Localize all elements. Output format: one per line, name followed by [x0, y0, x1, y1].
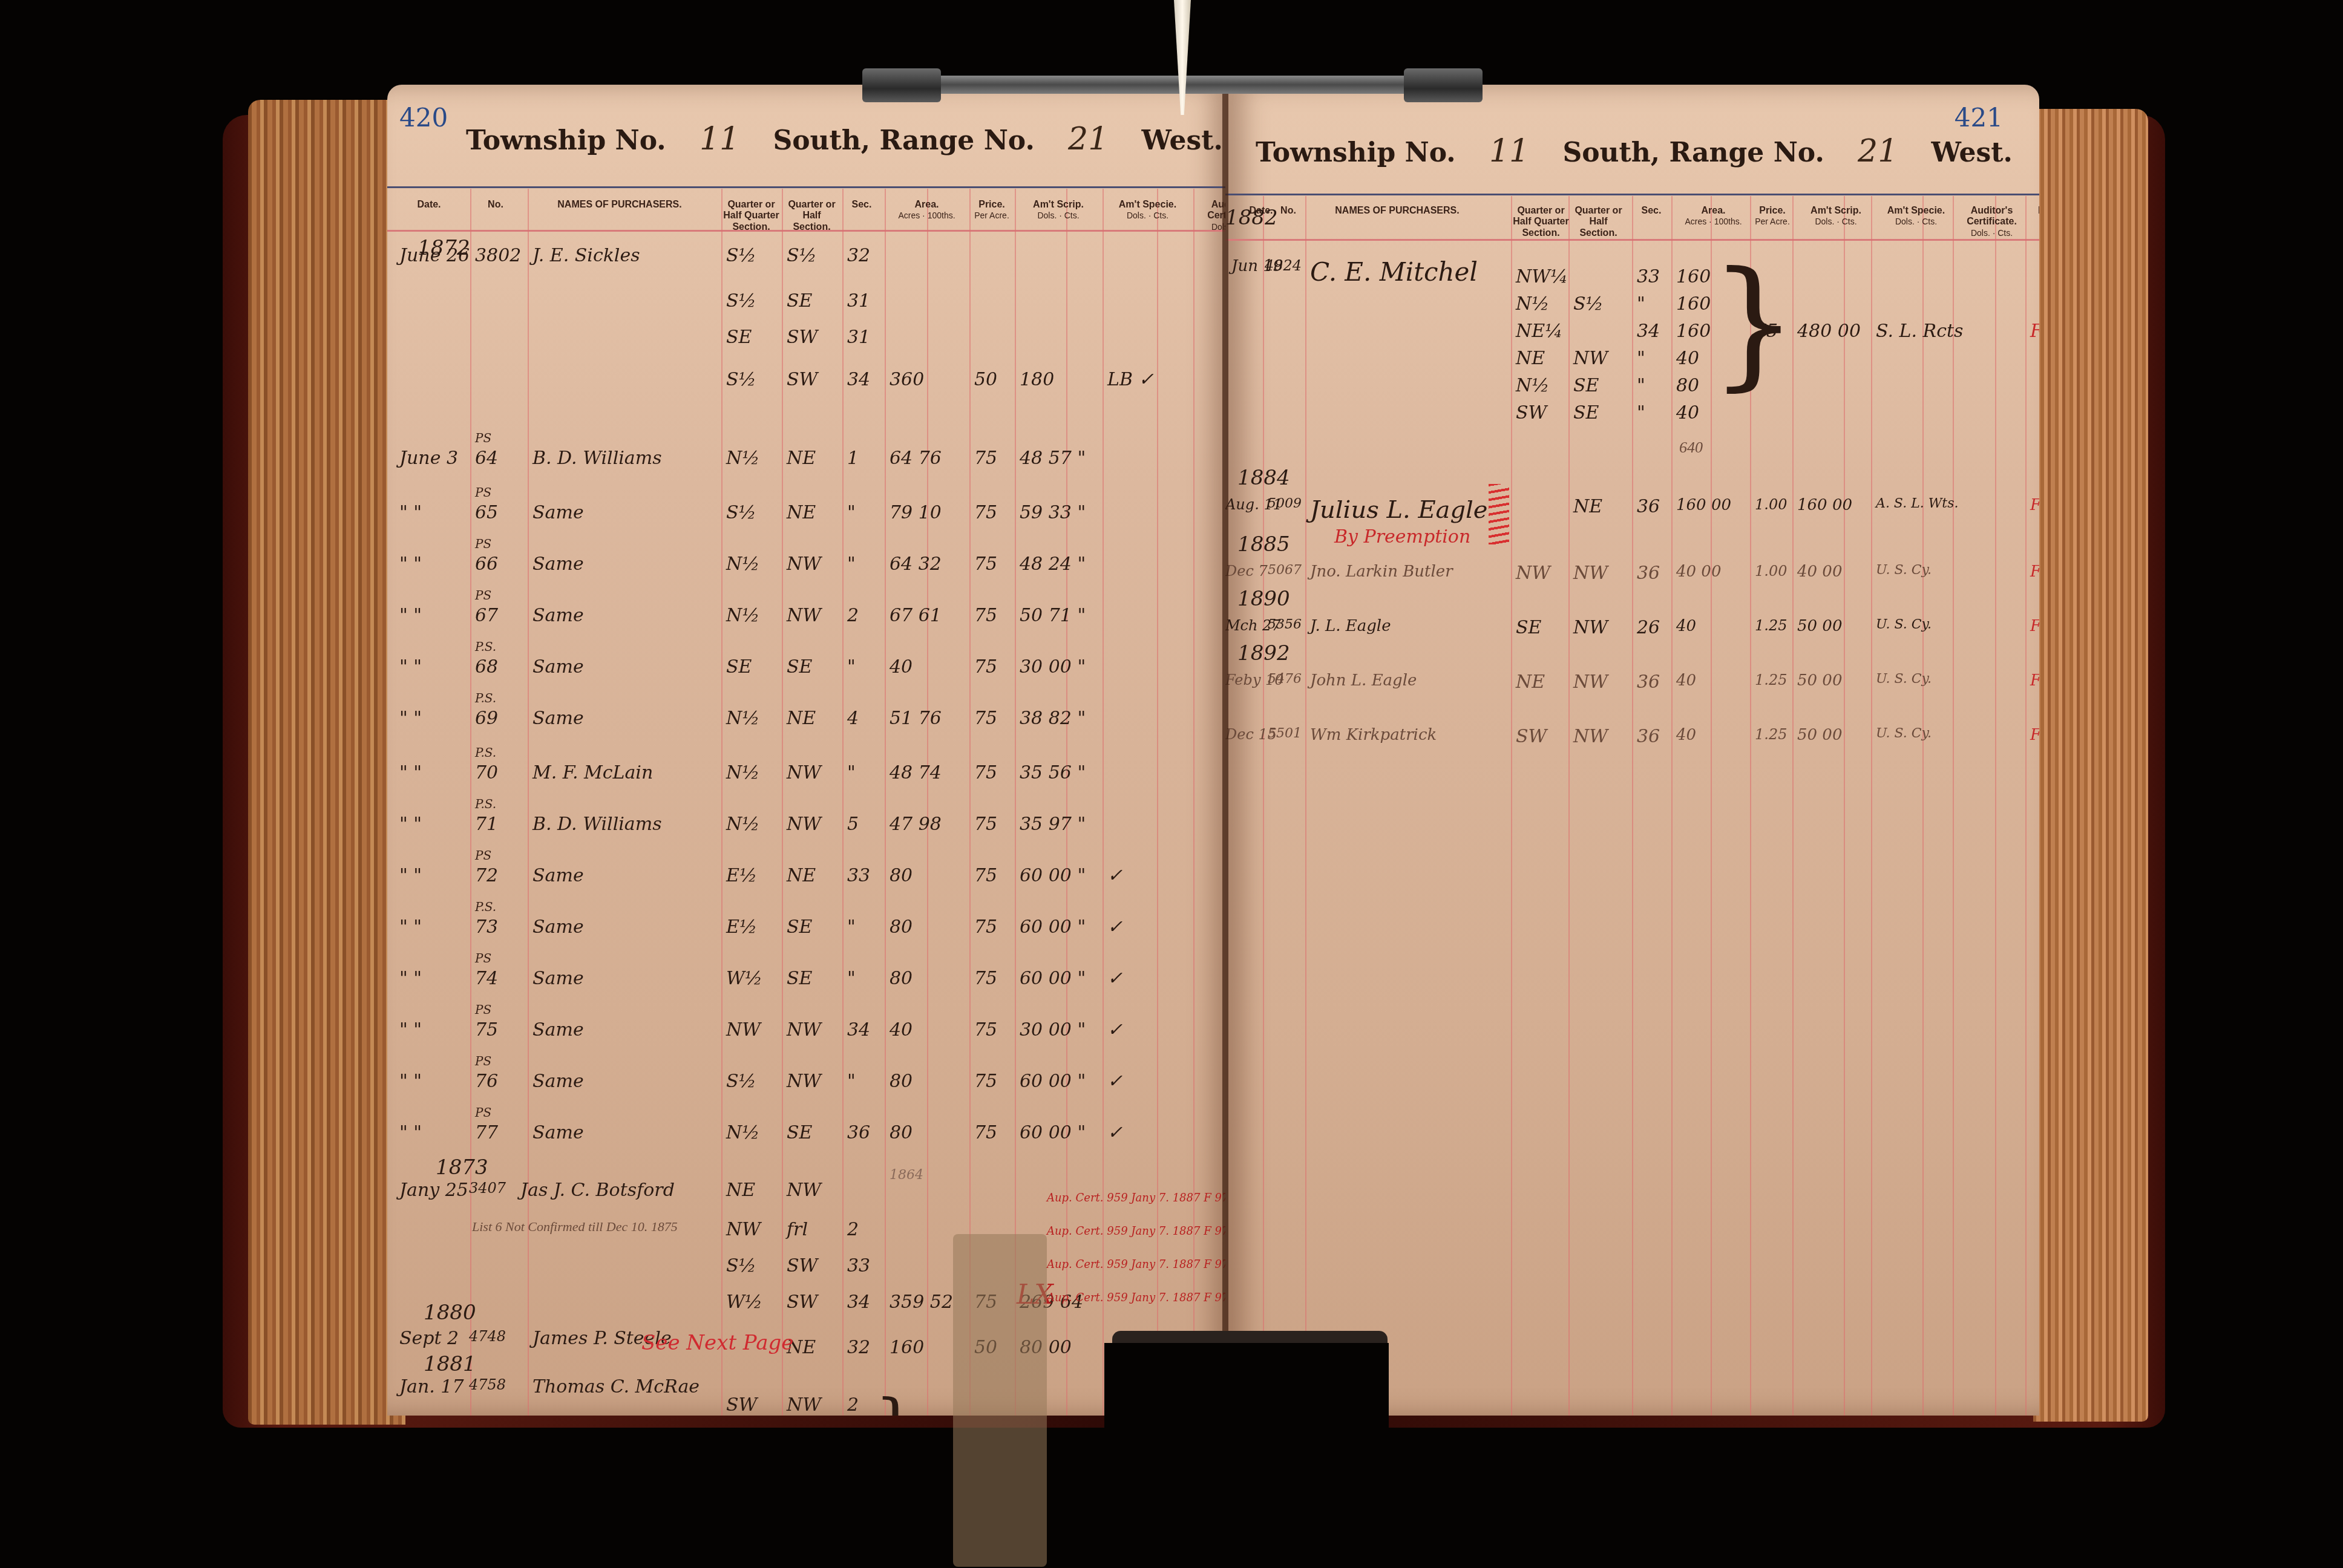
area-acres: 40 — [1676, 671, 1696, 690]
amount-specie: A. S. L. Wts. — [1876, 496, 1958, 511]
entry-number: 70 — [475, 762, 498, 783]
column-header: Quarter or Half Section. — [1570, 206, 1627, 239]
entry-date: Dec 7 — [1225, 563, 1268, 580]
quarter-half-quarter: N½ — [726, 762, 759, 783]
quarter-half-quarter: NE — [726, 1180, 755, 1201]
amount-scrip: 30 00 " — [1020, 1019, 1086, 1040]
ledger-subrow: SWSE"40 — [1225, 402, 2039, 439]
entry-number: 3802 — [475, 245, 521, 266]
column-header-sub: Acres · 100ths. — [886, 211, 968, 220]
column-header: Price.Per Acre. — [1751, 206, 1794, 226]
ledger-row: PS" "72SameE½NE33807560 00 "✓E 647 — [387, 865, 1231, 901]
quarter-half-quarter: S½ — [726, 1071, 756, 1092]
column-header: Area.Acres · 100ths. — [1673, 206, 1754, 226]
entry-date: " " — [399, 656, 422, 678]
column-header-label: Am't Specie. — [1887, 206, 1945, 216]
area-acres: 160 — [1676, 321, 1711, 342]
entry-number: 72 — [475, 865, 498, 886]
column-header-label: Am't Scrip. — [1033, 200, 1084, 210]
price-per-acre: 75 — [974, 554, 997, 575]
quarter-half: frl — [787, 1219, 808, 1240]
entry-number: 73 — [475, 916, 498, 938]
entry-date: " " — [399, 708, 422, 729]
amount-specie: ✓ — [1107, 916, 1122, 938]
auditor-certificate-note: Aup. Cert. 959 Jany 7. 1887 F 977 — [1047, 1258, 1231, 1271]
purchaser-name: Same — [532, 656, 584, 678]
header-rule — [1225, 194, 2039, 195]
ledger-row: PS" "74SameW½SE"807560 00 "✓" 647 — [387, 968, 1231, 1004]
quarter-half-quarter: NW — [726, 1219, 761, 1240]
purchaser-name: Same — [532, 708, 584, 729]
quarter-half: NW — [787, 1071, 821, 1092]
entry-number: 65 — [475, 502, 498, 523]
quarter-half-quarter: NW — [726, 1019, 761, 1040]
price-per-acre: 75 — [974, 865, 997, 886]
ps-mark: PS — [475, 588, 491, 603]
column-header: Quarter or Half Section. — [783, 200, 841, 233]
amount-scrip: 480 00 — [1797, 321, 1861, 342]
ledger-row: P.S." "68SameSESE"407530 00 "E 647 — [387, 656, 1231, 693]
entry-date: " " — [399, 814, 422, 835]
section: " — [847, 656, 856, 678]
ledger-row: Aug. 115009Julius L. EagleNE36160 001.00… — [1225, 496, 2039, 532]
amount-specie: ✓ — [1107, 968, 1122, 989]
column-header-label: NAMES OF PURCHASERS. — [557, 200, 681, 210]
column-header-label: NAMES OF PURCHASERS. — [1335, 206, 1459, 216]
range-label: South, Range No. — [1562, 137, 1824, 168]
purchaser-name: Same — [532, 605, 584, 626]
entry-number: 5476 — [1268, 671, 1302, 687]
right-page-block-edge — [2033, 109, 2148, 1422]
township-value: 11 — [1489, 133, 1529, 169]
section: " — [1637, 375, 1645, 396]
ps-mark: P.S. — [475, 797, 496, 811]
purchaser-name: J. L. Eagle — [1310, 617, 1391, 635]
quarter-half: SW — [787, 1292, 818, 1313]
area-acres: 40 — [890, 656, 913, 678]
column-header: NAMES OF PURCHASERS. — [1306, 206, 1488, 217]
column-header-label: Quarter or Half Quarter Section. — [1513, 206, 1568, 238]
entry-date: " " — [399, 762, 422, 783]
price-per-acre: 75 — [974, 1122, 997, 1143]
ps-mark: PS — [475, 1105, 491, 1120]
amount-specie: LB ✓ — [1107, 369, 1154, 390]
auditor-certificate-note: Aup. Cert. 959 Jany 7. 1887 F 977 — [1047, 1292, 1231, 1304]
quarter-half: SE — [787, 656, 812, 678]
section: 34 — [1637, 321, 1660, 342]
column-header: Am't Scrip.Dols. · Cts. — [1016, 200, 1101, 220]
column-header-label: Am't Scrip. — [1810, 206, 1861, 216]
area-acres: 48 74 — [890, 762, 942, 783]
year-marker: 1890 — [1237, 587, 1290, 611]
section: 26 — [1637, 617, 1660, 638]
ledger-row: S½SE31 — [387, 290, 1231, 327]
page-heading: Township No. 11 South, Range No. 21 West… — [1256, 133, 2013, 169]
purchaser-name: Same — [532, 1019, 584, 1040]
quarter-half: NW — [787, 1019, 821, 1040]
quarter-half: SE — [787, 1122, 812, 1143]
ledger-row: P.S." "71B. D. WilliamsN½NW547 987535 97… — [387, 814, 1231, 850]
amount-scrip: 50 71 " — [1020, 605, 1086, 626]
township-label: Township No. — [466, 125, 666, 156]
bracket: } — [874, 1385, 917, 1416]
column-header: Price.Per Acre. — [971, 200, 1013, 220]
ledger-row: June 263802J. E. SicklesS½S½32E 7150 — [387, 245, 1231, 281]
column-header-label: Date. — [417, 200, 441, 210]
column-header: Sec. — [1633, 206, 1670, 217]
quarter-half-quarter: SW — [1516, 402, 1547, 423]
section: " — [847, 554, 856, 575]
quarter-half-quarter: N½ — [726, 554, 759, 575]
entry-date: June 3 — [399, 448, 458, 469]
ps-mark: P.S. — [475, 745, 496, 760]
quarter-half: NW — [1573, 348, 1608, 369]
quarter-half-quarter: N½ — [726, 814, 759, 835]
remarks: F 9318 — [2030, 563, 2039, 581]
quarter-half: SE — [787, 290, 812, 312]
quarter-half-quarter: SE — [726, 656, 752, 678]
entry-number: 74 — [475, 968, 498, 989]
quarter-half: NW — [787, 605, 821, 626]
page-weight-left-end — [862, 68, 941, 102]
ledger-row: PS" "77SameN½SE36807560 00 "✓" 647 — [387, 1122, 1231, 1158]
quarter-half: SW — [787, 1255, 818, 1276]
ledger-row: P.S." "69SameN½NE451 767538 82 "E 647 — [387, 708, 1231, 744]
section: " — [1637, 293, 1645, 315]
ps-mark: PS — [475, 1054, 491, 1068]
year-marker: 1884 — [1237, 466, 1290, 490]
price-per-acre: 75 — [974, 656, 997, 678]
section: 36 — [1637, 671, 1660, 693]
preemption-note: By Preemption — [1334, 526, 1470, 547]
column-header-label: Remarks. — [2038, 206, 2039, 216]
column-header: Am't Scrip.Dols. · Cts. — [1794, 206, 1878, 226]
price-per-acre: 75 — [974, 762, 997, 783]
ledger-row: S½SW3436050180LB ✓ — [387, 369, 1231, 405]
entry-date: " " — [399, 502, 422, 523]
area-acres: 51 76 — [890, 708, 942, 729]
range-value: 21 — [1068, 121, 1108, 157]
price-per-acre: 75 — [974, 1019, 997, 1040]
page-number: 421 — [1955, 103, 2003, 132]
amount-scrip: 60 00 " — [1020, 1071, 1086, 1092]
quarter-half-quarter: SW — [726, 1394, 757, 1416]
entry-number: 4748 — [469, 1328, 506, 1345]
column-header-sub: Dols. · Cts. — [1872, 217, 1960, 226]
purchaser-name: Same — [532, 554, 584, 575]
remarks: F 9183 — [2030, 496, 2039, 514]
quarter-half-quarter: S½ — [726, 502, 756, 523]
area-acres: 67 61 — [890, 605, 942, 626]
amount-scrip: 40 00 — [1797, 563, 1842, 581]
column-header-sub: Per Acre. — [1751, 217, 1794, 226]
section: 32 — [847, 1337, 870, 1358]
column-header: Remarks. — [2027, 206, 2039, 217]
ps-mark: PS — [475, 1002, 491, 1017]
amount-scrip: 50 00 — [1797, 671, 1842, 690]
auditor-certificate-note: Aup. Cert. 959 Jany 7. 1887 F 977 — [1047, 1225, 1231, 1238]
amount-scrip: 160 00 — [1797, 496, 1852, 514]
column-header-label: Quarter or Half Section. — [1575, 206, 1622, 238]
quarter-half: NW — [1573, 617, 1608, 638]
entry-number: 4758 — [469, 1376, 506, 1393]
entry-date: " " — [399, 605, 422, 626]
area-acres: 80 — [890, 968, 913, 989]
column-header-sub: Dols. · Cts. — [1794, 217, 1878, 226]
area-acres: 80 — [890, 1122, 913, 1143]
section: 34 — [847, 369, 870, 390]
entry-number: 5009 — [1268, 496, 1302, 511]
year-marker: 1885 — [1237, 532, 1290, 557]
area-acres: 40 — [1676, 348, 1699, 369]
column-header-label: Quarter or Half Quarter Section. — [723, 200, 779, 232]
ledger-row: P.S." "70M. F. McLainN½NW"48 747535 56 "… — [387, 762, 1231, 799]
section: " — [847, 1071, 856, 1092]
quarter-half: SE — [787, 968, 812, 989]
purchaser-name: B. D. Williams — [532, 448, 662, 469]
range-value: 21 — [1858, 133, 1898, 169]
quarter-half: NE — [787, 865, 816, 886]
quarter-half-quarter: S½ — [726, 369, 756, 390]
quarter-half: NW — [1573, 671, 1608, 693]
area-acres: 160 — [1676, 266, 1711, 287]
amount-scrip: 59 33 " — [1020, 502, 1086, 523]
page-weight-right-end — [1404, 68, 1483, 102]
ps-mark: P.S. — [475, 691, 496, 705]
quarter-half-quarter: NW — [1516, 563, 1550, 584]
area-acres: 40 — [1676, 617, 1696, 635]
quarter-half: NW — [787, 762, 821, 783]
section: 34 — [847, 1019, 870, 1040]
purchaser-name: Jno. Larkin Butler — [1310, 563, 1453, 581]
page-weight-bar — [865, 76, 1483, 94]
quarter-half-quarter: SE — [1516, 617, 1541, 638]
section: 32 — [847, 245, 870, 266]
quarter-half: NW — [1573, 563, 1608, 584]
amount-specie: ✓ — [1107, 1071, 1122, 1092]
column-header-label: No. — [488, 200, 503, 210]
column-header: No. — [471, 200, 520, 211]
price-per-acre: 75 — [974, 708, 997, 729]
quarter-half: NE — [1573, 496, 1602, 517]
column-header-label: Sec. — [1642, 206, 1662, 216]
area-acres: 359 52 — [890, 1292, 953, 1313]
section: 31 — [847, 290, 870, 312]
column-header: Am't Specie.Dols. · Cts. — [1104, 200, 1191, 220]
amount-specie: U. S. Cy. — [1876, 563, 1932, 578]
quarter-half-quarter: NE — [1516, 348, 1545, 369]
entry-number: 66 — [475, 554, 498, 575]
area-acres: 79 10 — [890, 502, 942, 523]
quarter-half: SE — [1573, 375, 1599, 396]
entry-number: 5501 — [1268, 726, 1302, 741]
entry-date: " " — [399, 554, 422, 575]
entry-number: 69 — [475, 708, 498, 729]
amount-scrip: 35 56 " — [1020, 762, 1086, 783]
quarter-half-quarter: SE — [726, 327, 752, 348]
entry-date: " " — [399, 1019, 422, 1040]
amount-specie: ✓ — [1107, 865, 1122, 886]
quarter-half: NE — [787, 708, 816, 729]
price-per-acre: 1.00 — [1755, 563, 1787, 580]
entry-number: 76 — [475, 1071, 498, 1092]
entry-number: 77 — [475, 1122, 498, 1143]
amount-scrip: 30 00 " — [1020, 656, 1086, 678]
column-header-label: Price. — [1759, 206, 1786, 216]
section: " — [847, 968, 856, 989]
ledger-row: Feby 105476John L. EagleNENW36401.2550 0… — [1225, 671, 2039, 708]
price-per-acre: 75 — [974, 916, 997, 938]
quarter-half-quarter: S½ — [726, 245, 756, 266]
price-per-acre: 1.25 — [1755, 617, 1787, 634]
purchaser-name: John L. Eagle — [1310, 671, 1417, 690]
section: 4 — [847, 708, 859, 729]
bracket: } — [1709, 254, 1798, 393]
amount-scrip: 50 00 — [1797, 617, 1842, 635]
ps-mark: PS — [475, 951, 491, 965]
column-header: NAMES OF PURCHASERS. — [529, 200, 710, 211]
remarks: F 9891. — [2030, 617, 2039, 635]
entry-date: Sept 2 — [399, 1328, 459, 1349]
amount-scrip: 35 97 " — [1020, 814, 1086, 835]
purchaser-name: Same — [532, 865, 584, 886]
price-per-acre: 75 — [974, 502, 997, 523]
area-acres: 360 — [890, 369, 924, 390]
quarter-half: SW — [787, 369, 818, 390]
area-acres: 40 — [1676, 402, 1699, 423]
entry-number: 68 — [475, 656, 498, 678]
area-acres: 80 — [890, 916, 913, 938]
amount-scrip: 48 24 " — [1020, 554, 1086, 575]
section: " — [1637, 348, 1645, 369]
ledger-row: PS" "76SameS½NW"807560 00 "✓" 647 — [387, 1071, 1231, 1107]
price-per-acre: 1.00 — [1755, 496, 1787, 513]
amount-scrip: 38 82 " — [1020, 708, 1086, 729]
amount-scrip: 60 00 " — [1020, 968, 1086, 989]
quarter-half: NW — [787, 814, 821, 835]
header-rule — [387, 186, 1231, 188]
area-acres: 80 — [890, 865, 913, 886]
amount-scrip: 60 00 " — [1020, 916, 1086, 938]
column-header-sub: Dols. · Cts. — [1954, 228, 2030, 238]
area-acres: 64 76 — [890, 448, 942, 469]
column-header-label: Am't Specie. — [1119, 200, 1176, 210]
entry-date: " " — [399, 1071, 422, 1092]
area-acres: 80 — [1676, 375, 1699, 396]
pencil-note: 1864 — [890, 1168, 923, 1183]
amount-specie: ✓ — [1107, 1019, 1122, 1040]
purchaser-name: Same — [532, 1071, 584, 1092]
column-header: Am't Specie.Dols. · Cts. — [1872, 206, 1960, 226]
section: 1 — [847, 448, 859, 469]
quarter-half-quarter: E½ — [726, 865, 757, 886]
section: 33 — [847, 1255, 870, 1276]
quarter-half: SE — [1573, 402, 1599, 423]
purchaser-name: Same — [532, 916, 584, 938]
column-header: Date. — [396, 200, 462, 211]
ledger-row: Dec 75067Jno. Larkin ButlerNWNW3640 001.… — [1225, 563, 2039, 599]
auditor-certificate-note: Aup. Cert. 959 Jany 7. 1887 F 977 — [1047, 1192, 1231, 1204]
price-per-acre: 50 — [974, 369, 997, 390]
section: 31 — [847, 327, 870, 348]
section: 36 — [847, 1122, 870, 1143]
quarter-half: SE — [787, 916, 812, 938]
purchaser-name: Same — [532, 1122, 584, 1143]
section: 36 — [1637, 563, 1660, 584]
entry-date: " " — [399, 1122, 422, 1143]
entry-number: 67 — [475, 605, 498, 626]
page-heading: Township No. 11 South, Range No. 21 West… — [466, 121, 1223, 157]
amount-specie: S. L. Rcts — [1876, 321, 1963, 342]
section: 36 — [1637, 726, 1660, 747]
purchaser-name: M. F. McLain — [532, 762, 653, 783]
quarter-half: S½ — [1573, 293, 1604, 315]
purchaser-name: Same — [532, 502, 584, 523]
purchaser-name: Same — [532, 968, 584, 989]
area-acres: 64 32 — [890, 554, 942, 575]
quarter-half-quarter: N½ — [1516, 293, 1549, 315]
ps-mark: PS — [475, 485, 491, 500]
section: 33 — [847, 865, 870, 886]
quarter-half: SW — [787, 327, 818, 348]
section: " — [847, 502, 856, 523]
quarter-half-quarter: N½ — [726, 708, 759, 729]
quarter-half: NW — [787, 554, 821, 575]
year-marker: 1880 — [424, 1301, 476, 1325]
entry-number: 71 — [475, 814, 498, 835]
column-header-label: Price. — [978, 200, 1005, 210]
remarks: F 8621 — [2030, 321, 2039, 342]
quarter-half-quarter: NW¼ — [1516, 266, 1568, 287]
west-label: West. — [1932, 137, 2013, 168]
entry-number: 5067 — [1268, 563, 1302, 578]
section: 5 — [847, 814, 859, 835]
quarter-half: NE — [787, 448, 816, 469]
purchaser-name: B. D. Williams — [532, 814, 662, 835]
price-per-acre: 75 — [974, 814, 997, 835]
entry-number: 64 — [475, 448, 498, 469]
purchaser-name: Wm Kirkpatrick — [1310, 726, 1437, 744]
see-next-page-note: See Next Page — [641, 1331, 793, 1355]
section: " — [847, 762, 856, 783]
purchaser-name: J. E. Sickles — [532, 245, 640, 266]
entry-date: " " — [399, 865, 422, 886]
amount-scrip: 48 57 " — [1020, 448, 1086, 469]
price-per-acre: 1.25 — [1755, 726, 1787, 743]
tape-repair — [953, 1234, 1047, 1567]
quarter-half: NW — [787, 1180, 821, 1201]
range-label: South, Range No. — [773, 125, 1034, 156]
amount-specie: U. S. Cy. — [1876, 726, 1932, 741]
page-number: 420 — [399, 103, 448, 132]
price-per-acre: 75 — [974, 1071, 997, 1092]
amount-specie: ✓ — [1107, 1122, 1122, 1143]
column-header: Quarter or Half Quarter Section. — [723, 200, 780, 233]
amount-scrip: 60 00 " — [1020, 1122, 1086, 1143]
quarter-half: S½ — [787, 245, 817, 266]
ledger-row: Mch 275356J. L. EagleSENW26401.2550 00U.… — [1225, 617, 2039, 653]
quarter-half-quarter: SW — [1516, 726, 1547, 747]
section: 34 — [847, 1292, 870, 1313]
section: 2 — [847, 1219, 859, 1240]
red-scribble-mark — [1489, 484, 1509, 544]
price-per-acre: 75 — [974, 605, 997, 626]
section: 2 — [847, 1394, 859, 1416]
ledger-row: PS" "75SameNWNW34407530 00 "✓" 647 — [387, 1019, 1231, 1056]
price-per-acre: 1.25 — [1755, 671, 1787, 688]
area-acres: 40 00 — [1676, 563, 1721, 581]
quarter-half-quarter: NE — [1516, 671, 1545, 693]
